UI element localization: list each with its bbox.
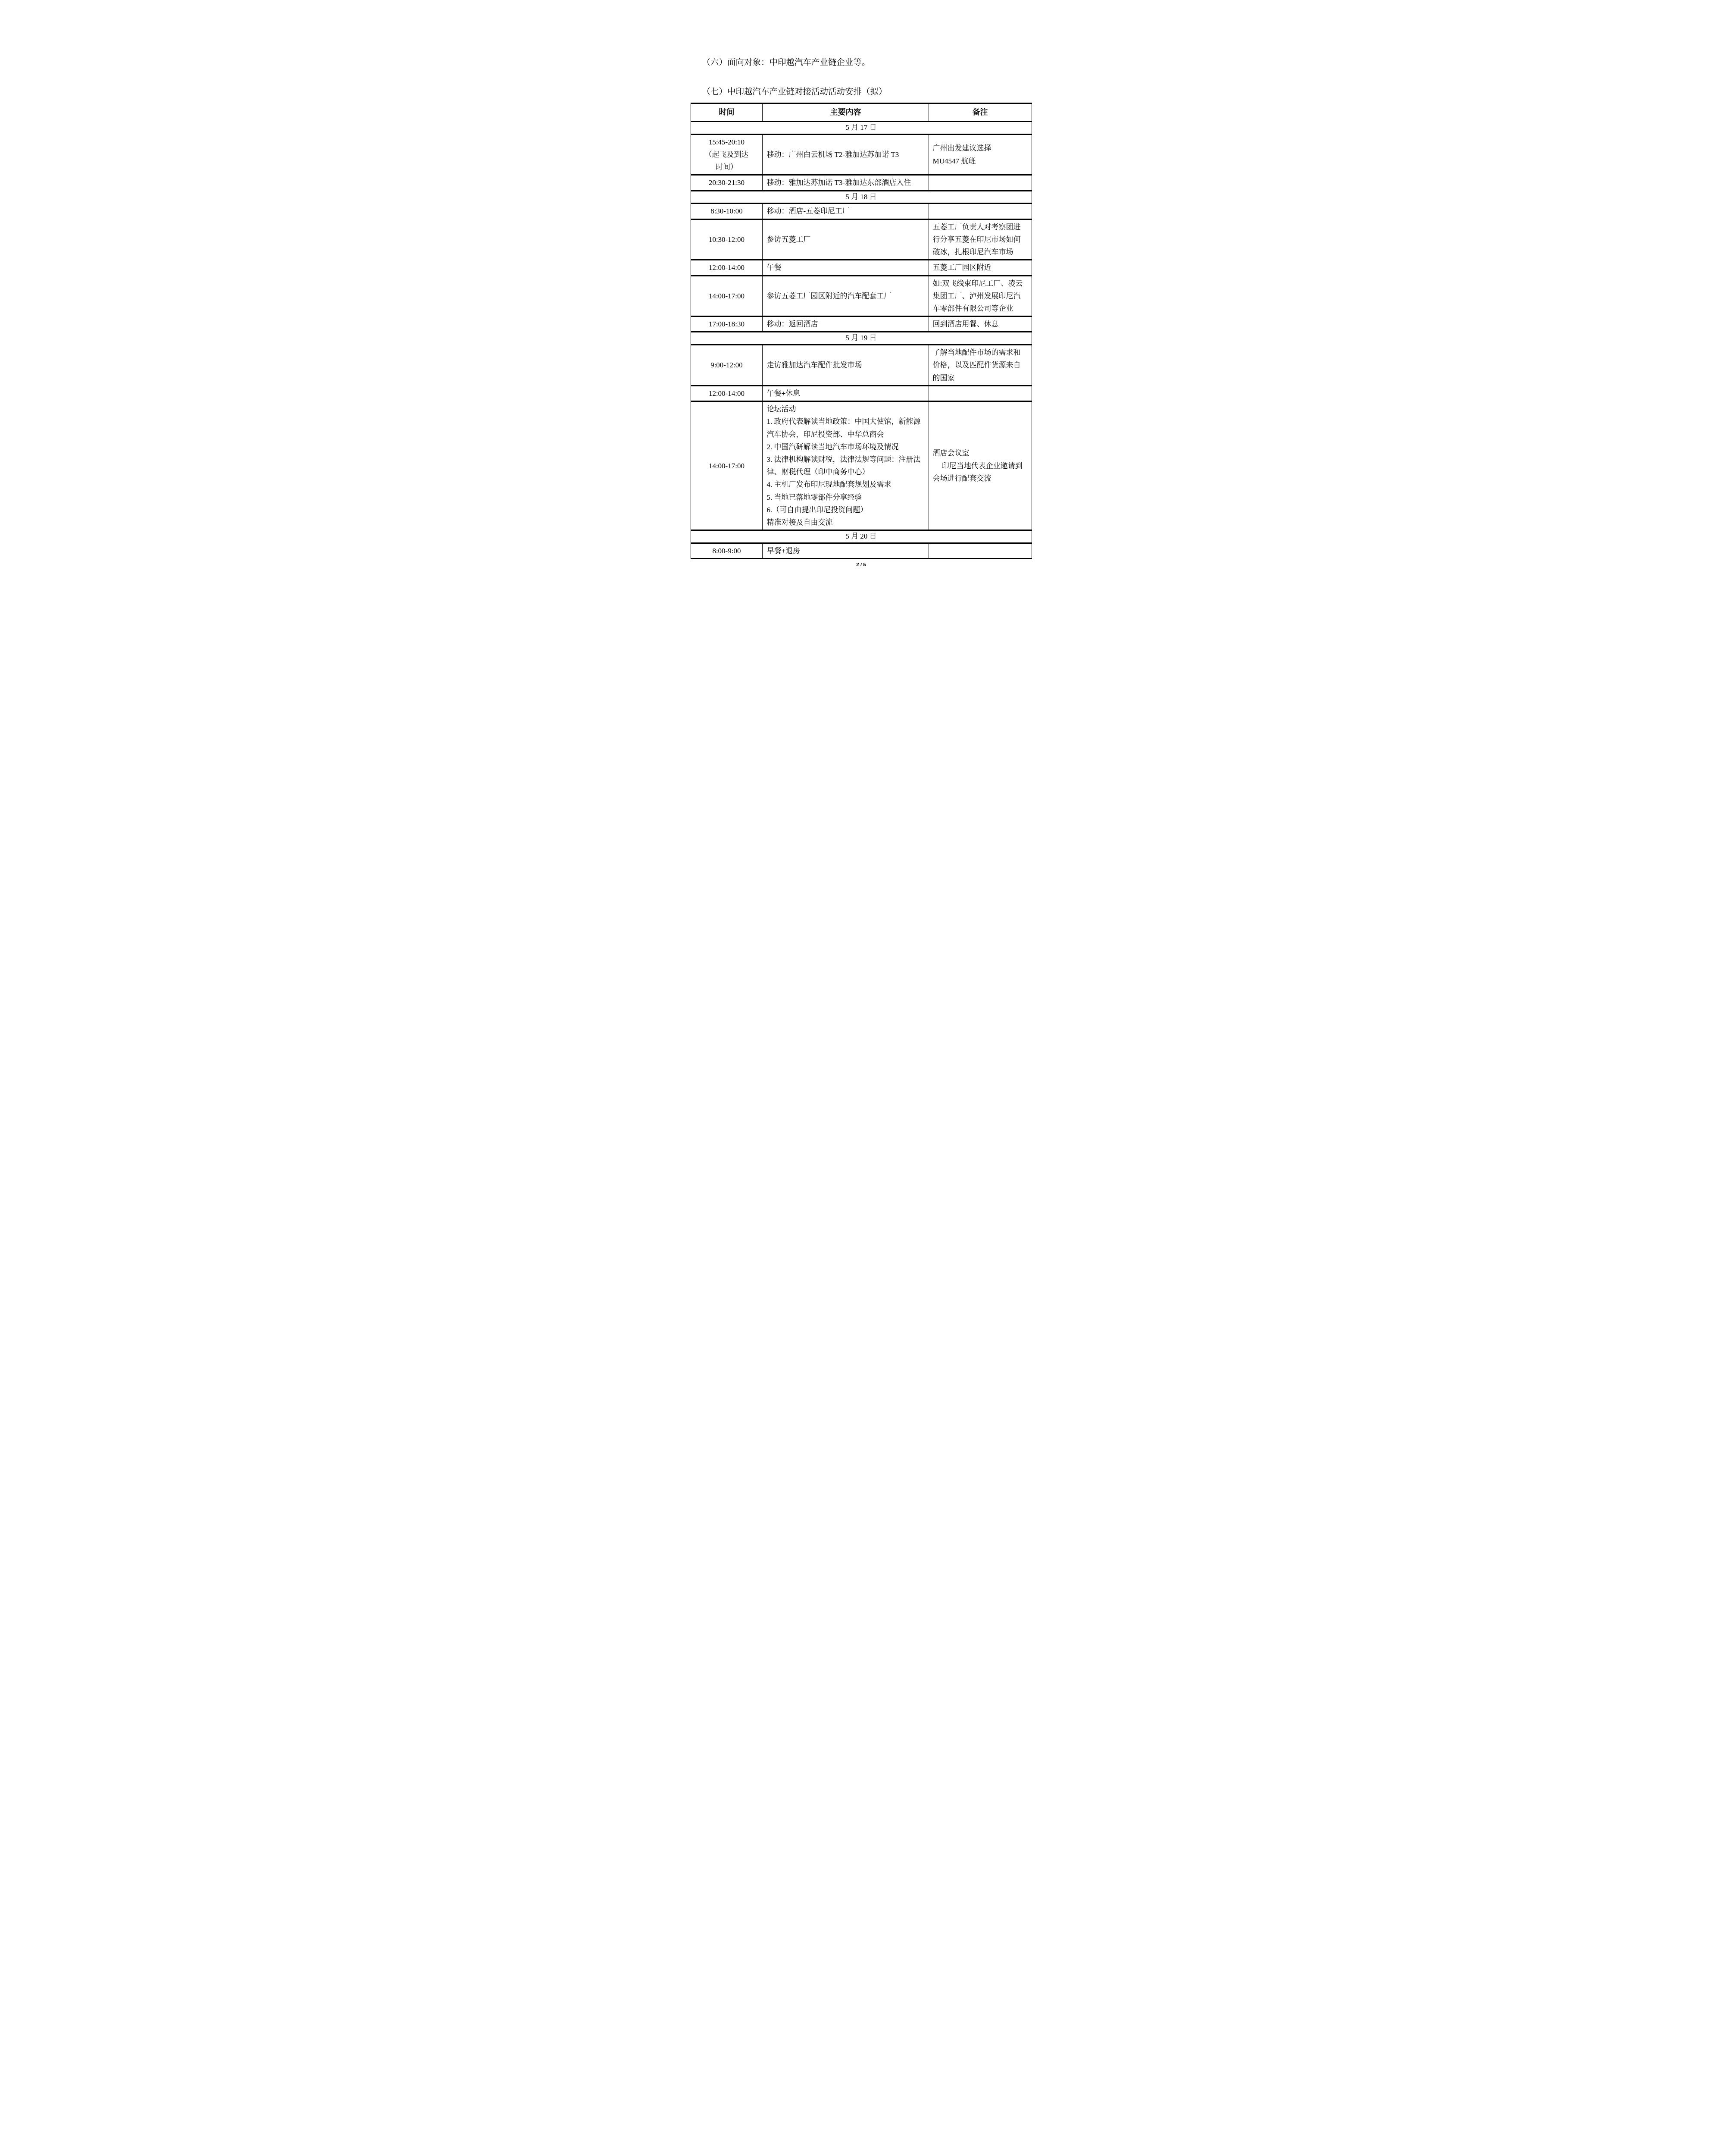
note-cell: [929, 175, 1032, 191]
date-row: 5 月 17 日: [691, 122, 1032, 135]
date-cell: 5 月 17 日: [691, 122, 1032, 135]
time-cell: 8:00-9:00: [691, 543, 763, 559]
schedule-row: 12:00-14:00午餐五菱工厂园区附近: [691, 260, 1032, 276]
content-cell: 论坛活动 1. 政府代表解读当地政策：中国大使馆，新能源汽车协会，印尼投资部、中…: [763, 401, 929, 530]
document-page: （六）面向对象：中印越汽车产业链企业等。 （七）中印越汽车产业链对接活动活动安排…: [614, 0, 1098, 684]
content-cell: 午餐+休息: [763, 385, 929, 401]
schedule-row: 10:30-12:00参访五菱工厂五菱工厂负责人对考察团进行分享五菱在印尼市场如…: [691, 219, 1032, 260]
note-cell: 酒店会议室 印尼当地代表企业邀请到会场进行配套交流: [929, 401, 1032, 530]
date-row: 5 月 19 日: [691, 332, 1032, 345]
note-cell: 了解当地配件市场的需求和价格，以及匹配件货源来自的国家: [929, 345, 1032, 386]
time-cell: 15:45-20:10 （起飞及到达 时间）: [691, 134, 763, 175]
content-cell: 午餐: [763, 260, 929, 276]
header-cell-1: 主要内容: [763, 103, 929, 121]
schedule-table: 时间主要内容备注 5 月 17 日15:45-20:10 （起飞及到达 时间）移…: [691, 103, 1032, 560]
page-number: 2 / 5: [691, 562, 1032, 567]
date-cell: 5 月 19 日: [691, 332, 1032, 345]
content-cell: 早餐+退房: [763, 543, 929, 559]
date-cell: 5 月 20 日: [691, 530, 1032, 543]
schedule-row: 15:45-20:10 （起飞及到达 时间）移动：广州白云机场 T2-雅加达苏加…: [691, 134, 1032, 175]
heading-target-audience: （六）面向对象：中印越汽车产业链企业等。: [691, 58, 1032, 68]
date-row: 5 月 18 日: [691, 191, 1032, 204]
content-cell: 参访五菱工厂: [763, 219, 929, 260]
time-cell: 9:00-12:00: [691, 345, 763, 386]
note-cell: [929, 543, 1032, 559]
content-cell: 走访雅加达汽车配件批发市场: [763, 345, 929, 386]
schedule-row: 20:30-21:30移动：雅加达苏加诺 T3-雅加达东部酒店入住: [691, 175, 1032, 191]
schedule-row: 9:00-12:00走访雅加达汽车配件批发市场了解当地配件市场的需求和价格，以及…: [691, 345, 1032, 386]
schedule-row: 8:30-10:00移动：酒店-五菱印尼工厂: [691, 204, 1032, 219]
note-cell: [929, 204, 1032, 219]
content-cell: 参访五菱工厂园区附近的汽车配套工厂: [763, 276, 929, 317]
note-cell: 五菱工厂园区附近: [929, 260, 1032, 276]
date-row: 5 月 20 日: [691, 530, 1032, 543]
note-cell: [929, 385, 1032, 401]
note-cell: 回到酒店用餐、休息: [929, 317, 1032, 332]
content-cell: 移动：返回酒店: [763, 317, 929, 332]
note-cell: 广州出发建议选择 MU4547 航班: [929, 134, 1032, 175]
time-cell: 20:30-21:30: [691, 175, 763, 191]
schedule-row: 12:00-14:00午餐+休息: [691, 385, 1032, 401]
heading-schedule-title: （七）中印越汽车产业链对接活动活动安排（拟）: [691, 87, 1032, 97]
time-cell: 14:00-17:00: [691, 401, 763, 530]
schedule-row: 8:00-9:00早餐+退房: [691, 543, 1032, 559]
header-cell-0: 时间: [691, 103, 763, 121]
schedule-row: 14:00-17:00论坛活动 1. 政府代表解读当地政策：中国大使馆，新能源汽…: [691, 401, 1032, 530]
content-cell: 移动：雅加达苏加诺 T3-雅加达东部酒店入住: [763, 175, 929, 191]
content-cell: 移动：酒店-五菱印尼工厂: [763, 204, 929, 219]
time-cell: 8:30-10:00: [691, 204, 763, 219]
table-header: 时间主要内容备注: [691, 103, 1032, 121]
header-cell-2: 备注: [929, 103, 1032, 121]
schedule-row: 17:00-18:30移动：返回酒店回到酒店用餐、休息: [691, 317, 1032, 332]
note-cell: 五菱工厂负责人对考察团进行分享五菱在印尼市场如何破冰，扎根印尼汽车市场: [929, 219, 1032, 260]
date-cell: 5 月 18 日: [691, 191, 1032, 204]
time-cell: 10:30-12:00: [691, 219, 763, 260]
time-cell: 12:00-14:00: [691, 260, 763, 276]
time-cell: 12:00-14:00: [691, 385, 763, 401]
note-cell: 如:双飞线束印尼工厂、凌云集团工厂、泸州发展印尼汽车零部件有限公司等企业: [929, 276, 1032, 317]
time-cell: 17:00-18:30: [691, 317, 763, 332]
table-header-row: 时间主要内容备注: [691, 103, 1032, 121]
schedule-row: 14:00-17:00参访五菱工厂园区附近的汽车配套工厂如:双飞线束印尼工厂、凌…: [691, 276, 1032, 317]
table-body: 5 月 17 日15:45-20:10 （起飞及到达 时间）移动：广州白云机场 …: [691, 122, 1032, 559]
time-cell: 14:00-17:00: [691, 276, 763, 317]
content-cell: 移动：广州白云机场 T2-雅加达苏加诺 T3: [763, 134, 929, 175]
